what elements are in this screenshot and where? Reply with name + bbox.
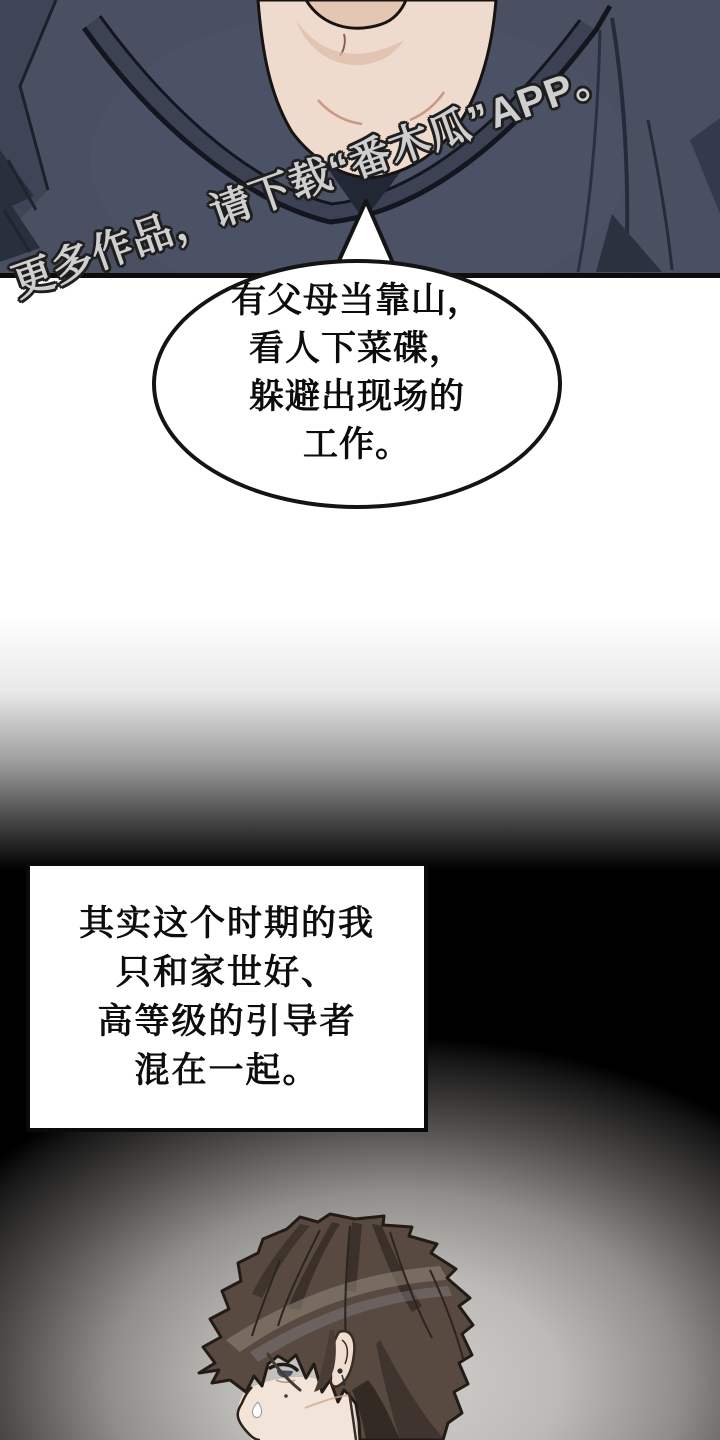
caption-box: 其实这个时期的我 只和家世好、 高等级的引导者 混在一起。 [26,862,428,1132]
speech-bubble-text: 有父母当靠山， 看人下菜碟， 躲避出现场的 工作。 [157,277,557,469]
white-to-black-fade [0,615,720,870]
bubble-line: 看人下菜碟， [157,325,557,373]
caption-line: 混在一起。 [79,1046,375,1095]
earring-stud [337,1368,342,1373]
caption-text: 其实这个时期的我 只和家世好、 高等级的引导者 混在一起。 [79,899,375,1095]
caption-line: 其实这个时期的我 [79,899,375,948]
bubble-line: 工作。 [157,421,557,469]
mole [284,1394,288,1398]
caption-line: 高等级的引导者 [79,997,375,1046]
bubble-line: 有父母当靠山， [157,277,557,325]
panel-bowed-character [0,1140,720,1440]
bubble-line: 躲避出现场的 [157,373,557,421]
comic-page: 更多作品，请下载“番木瓜”APP。 [0,0,720,1440]
caption-line: 只和家世好、 [79,948,375,997]
